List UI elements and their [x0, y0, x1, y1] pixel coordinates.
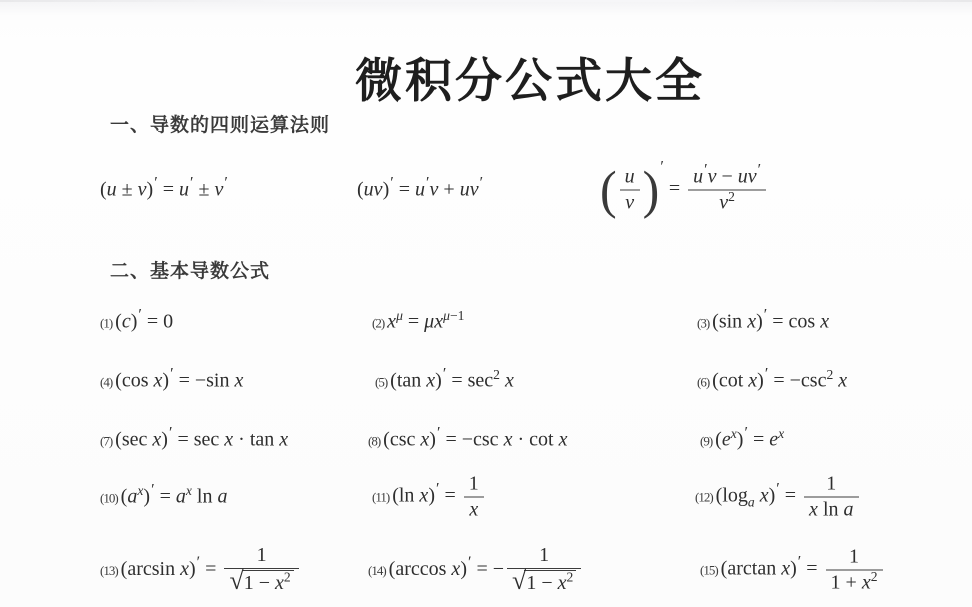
formula-8: (8)(csc x)′ = −csc x · cot x	[368, 429, 567, 452]
formula-sheet-page: 微积分公式大全 一、导数的四则运算法则 (u ± v)′ = u′ ± v′ (…	[0, 0, 972, 607]
formula-number: (12)	[695, 490, 713, 505]
formula-math: (ln x)′ = 1x	[392, 485, 487, 507]
formula-5: (5)(tan x)′ = sec2 x	[375, 370, 514, 393]
formula-math: xμ = μxμ−1	[387, 311, 464, 333]
formula-1: (1)(c)′ = 0	[100, 311, 173, 334]
formula-12: (12)(loga x)′ = 1x ln a	[695, 473, 862, 522]
formula-math: (cos x)′ = −sin x	[115, 370, 243, 392]
formula-math: (uv)′ = u′v + uv′	[357, 179, 483, 201]
formula-math: (u ± v)′ = u′ ± v′	[100, 179, 228, 201]
formula-number: (3)	[697, 316, 709, 331]
formula-math: (arctan x)′ = 11 + x2	[721, 558, 886, 580]
formula-math: (ex)′ = ex	[715, 429, 784, 451]
formula-product-rule: (uv)′ = u′v + uv′	[357, 179, 483, 202]
formula-number: (2)	[372, 316, 384, 331]
formula-13: (13)(arcsin x)′ = 1√1 − x2	[100, 544, 302, 596]
formula-math: (csc x)′ = −csc x · cot x	[383, 429, 567, 451]
formula-7: (7)(sec x)′ = sec x · tan x	[100, 429, 288, 452]
formula-number: (11)	[372, 490, 389, 505]
formula-math: (ax)′ = ax ln a	[121, 486, 228, 508]
formula-number: (1)	[100, 316, 112, 331]
formula-6: (6)(cot x)′ = −csc2 x	[697, 370, 847, 393]
formula-2: (2)xμ = μxμ−1	[372, 311, 464, 334]
formula-number: (7)	[100, 434, 112, 449]
formula-math: (cot x)′ = −csc2 x	[712, 370, 847, 392]
formula-math: (c)′ = 0	[115, 311, 173, 333]
formula-math: (arccos x)′ = −1√1 − x2	[389, 558, 585, 580]
formula-number: (8)	[368, 434, 380, 449]
formula-number: (14)	[368, 563, 386, 578]
formula-math: (arcsin x)′ = 1√1 − x2	[121, 558, 302, 580]
formula-10: (10)(ax)′ = ax ln a	[100, 486, 227, 509]
section1-heading: 一、导数的四则运算法则	[110, 110, 330, 137]
formula-quotient-rule: (uv)′ = u′v − uv′v2	[600, 166, 769, 215]
formula-math: (tan x)′ = sec2 x	[390, 370, 514, 392]
formula-14: (14)(arccos x)′ = −1√1 − x2	[368, 544, 584, 596]
formula-number: (5)	[375, 375, 387, 390]
formula-4: (4)(cos x)′ = −sin x	[100, 370, 243, 393]
formula-9: (9)(ex)′ = ex	[700, 429, 784, 452]
formula-number: (4)	[100, 375, 112, 390]
formula-number: (6)	[697, 375, 709, 390]
formula-number: (9)	[700, 434, 712, 449]
formula-math: (loga x)′ = 1x ln a	[716, 485, 862, 507]
formula-number: (10)	[100, 491, 118, 506]
formula-3: (3)(sin x)′ = cos x	[697, 311, 829, 334]
formula-15: (15)(arctan x)′ = 11 + x2	[700, 546, 886, 595]
formula-number: (15)	[700, 563, 718, 578]
formula-number: (13)	[100, 563, 118, 578]
formula-math: (uv)′ = u′v − uv′v2	[600, 178, 769, 200]
formula-11: (11)(ln x)′ = 1x	[372, 473, 487, 522]
formula-sum-rule: (u ± v)′ = u′ ± v′	[100, 179, 228, 202]
section2-heading: 二、基本导数公式	[110, 256, 270, 283]
formula-math: (sin x)′ = cos x	[712, 311, 829, 333]
formula-math: (sec x)′ = sec x · tan x	[115, 429, 288, 451]
page-title: 微积分公式大全	[355, 44, 705, 111]
